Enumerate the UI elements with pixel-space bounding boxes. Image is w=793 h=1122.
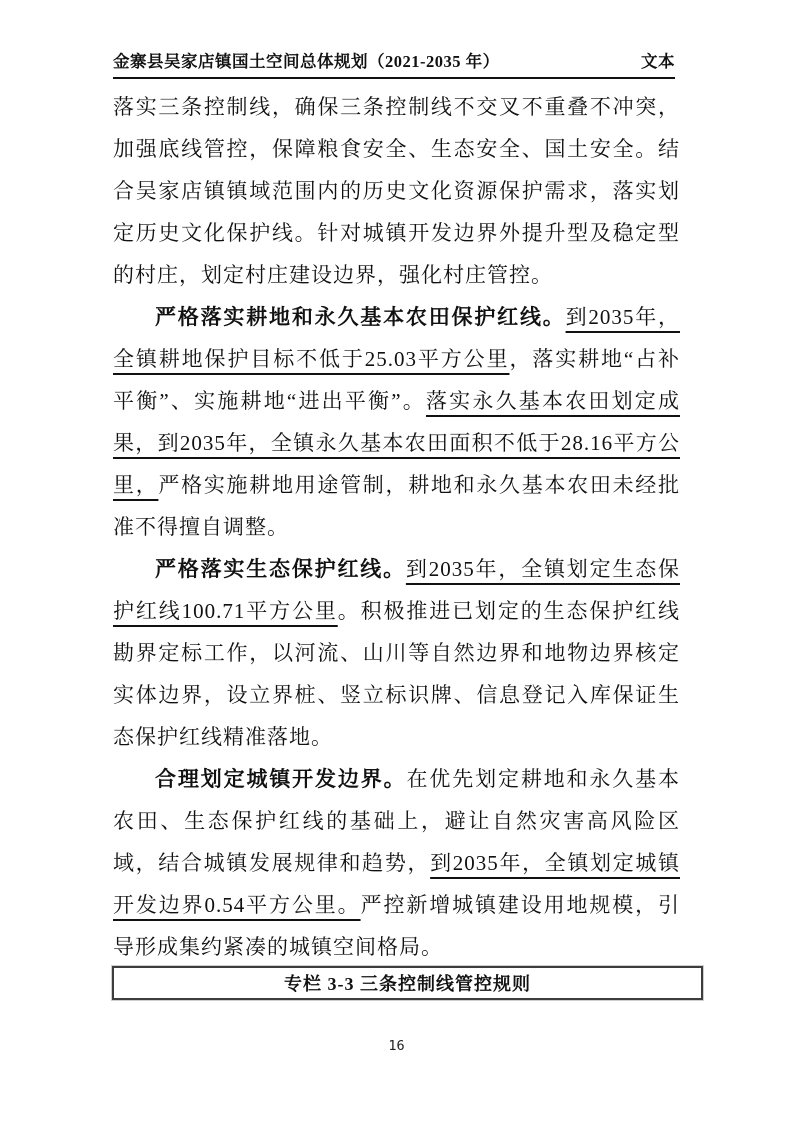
header-title: 金寨县吴家店镇国土空间总体规划（2021-2035 年）	[113, 48, 500, 72]
text-run: 严格实施耕地用途管制，耕地和永久基本农田未经批准不得擅自调整。	[113, 473, 680, 539]
page-number: 16	[113, 1038, 680, 1054]
document-body: 落实三条控制线，确保三条控制线不交叉不重叠不冲突，加强底线管控，保障粮食安全、生…	[113, 86, 680, 968]
paragraph: 严格落实耕地和永久基本农田保护红线。到2035年，全镇耕地保护目标不低于25.0…	[113, 296, 680, 548]
paragraph: 合理划定城镇开发边界。在优先划定耕地和永久基本农田、生态保护红线的基础上，避让自…	[113, 758, 680, 968]
document-page: 金寨县吴家店镇国土空间总体规划（2021-2035 年） 文本 落实三条控制线，…	[0, 0, 793, 1122]
header-doc-type: 文本	[641, 48, 675, 72]
text-run: 严格落实生态保护红线。	[155, 557, 406, 581]
panel-title-box: 专栏 3-3 三条控制线管控规则	[112, 966, 703, 1000]
paragraph: 落实三条控制线，确保三条控制线不交叉不重叠不冲突，加强底线管控，保障粮食安全、生…	[113, 86, 680, 296]
panel-title: 专栏 3-3 三条控制线管控规则	[284, 970, 531, 996]
text-run: 合理划定城镇开发边界。	[155, 767, 407, 791]
paragraph: 严格落实生态保护红线。到2035年，全镇划定生态保护红线100.71平方公里。积…	[113, 548, 680, 758]
page-header: 金寨县吴家店镇国土空间总体规划（2021-2035 年） 文本	[113, 48, 675, 79]
text-run: 严格落实耕地和永久基本农田保护红线。	[155, 305, 566, 329]
text-run: 落实三条控制线，确保三条控制线不交叉不重叠不冲突，加强底线管控，保障粮食安全、生…	[113, 95, 680, 287]
